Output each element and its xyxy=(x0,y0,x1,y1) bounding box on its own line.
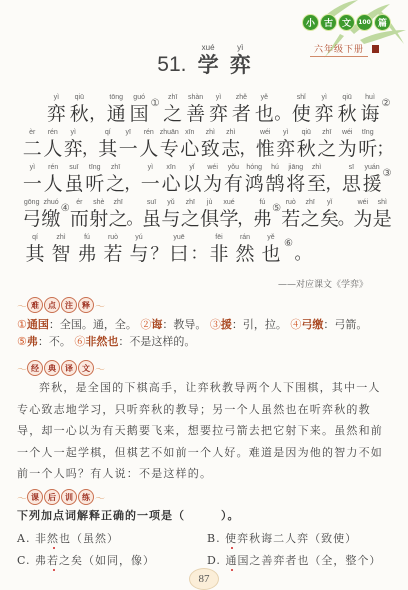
source-reference: ——对应课文《学弈》 xyxy=(278,277,368,290)
pinyin: yuē xyxy=(173,233,184,243)
hanzi: 与 xyxy=(129,243,148,265)
hanzi-with-pinyin: zhī之 xyxy=(108,198,127,230)
hanzi: 若 xyxy=(103,243,122,265)
hanzi-with-pinyin: qiū秋 xyxy=(68,93,91,125)
hanzi-with-pinyin: yǔ与 xyxy=(161,198,180,230)
hanzi: 者 xyxy=(232,103,251,125)
pinyin: zhī xyxy=(322,128,331,138)
header-char: 译 xyxy=(61,360,77,376)
hanzi-with-pinyin: zhī之 xyxy=(161,93,184,125)
hanzi: 使 xyxy=(292,103,311,125)
punctuation: ， xyxy=(91,93,105,125)
hanzi: 然 xyxy=(235,243,254,265)
hanzi: 矣 xyxy=(320,208,339,230)
hanzi-with-pinyin: yuán援 xyxy=(362,163,383,195)
pinyin: yǐ xyxy=(189,163,194,173)
hanzi-with-pinyin: yǐ矣 xyxy=(320,198,339,230)
hanzi-with-pinyin: yě也 xyxy=(253,93,276,125)
hanzi: 以 xyxy=(182,173,201,195)
hanzi-with-pinyin: shè射 xyxy=(89,198,108,230)
hanzi: 听 xyxy=(358,138,377,160)
classical-text: yì弈qiū秋，tōng通guó国①zhī之shàn善yì弈zhě者yě也。sh… xyxy=(22,90,392,265)
punctuation: 。 xyxy=(128,198,142,230)
pinyin: ér xyxy=(76,198,82,208)
hanzi-with-pinyin: suī虽 xyxy=(142,198,161,230)
note-item: ③援：引，拉。 xyxy=(210,318,287,331)
hanzi: 国 xyxy=(130,103,149,125)
pinyin: zhī xyxy=(186,198,195,208)
hanzi: 弈 xyxy=(64,138,83,160)
hanzi-with-pinyin: hóng鸿 xyxy=(244,163,265,195)
hanzi: 之 xyxy=(181,208,200,230)
pinyin: rén xyxy=(48,128,58,138)
page-number: 87 xyxy=(189,568,219,590)
hanzi-with-pinyin: zhī之 xyxy=(181,198,200,230)
exercise-question: 下列加点词解释正确的一项是（ ）。 xyxy=(17,507,240,523)
series-badge: 古 xyxy=(320,14,337,31)
text-line: yì弈qiū秋，tōng通guó国①zhī之shàn善yì弈zhě者yě也。sh… xyxy=(22,90,392,125)
hanzi: 弓 xyxy=(22,208,41,230)
hanzi-with-pinyin: yuē曰 xyxy=(166,233,192,265)
hanzi: 致 xyxy=(201,138,220,160)
pinyin: guó xyxy=(133,93,145,103)
text-line: qí其zhì智fú弗ruò若yú与？yuē曰：fēi非rán然yě也⑥。 xyxy=(22,230,392,265)
header-char: 难 xyxy=(27,297,43,313)
pinyin: zhī xyxy=(305,198,314,208)
hanzi: 之 xyxy=(106,173,125,195)
hanzi: 也 xyxy=(261,243,280,265)
series-badge: 100 xyxy=(356,14,373,31)
hanzi-with-pinyin: shàn善 xyxy=(184,93,207,125)
series-badge: 小 xyxy=(302,14,319,31)
pinyin: qiū xyxy=(75,93,84,103)
punctuation: 。 xyxy=(276,93,290,125)
hanzi-with-pinyin: yì弈 xyxy=(313,93,336,125)
option-d[interactable]: D. 通国之善弈者也（全，整个） xyxy=(207,552,397,568)
hanzi-with-pinyin: yì一 xyxy=(22,163,43,195)
punctuation: ， xyxy=(239,198,253,230)
pinyin: qiū xyxy=(342,93,351,103)
pinyin: hú xyxy=(271,163,279,173)
pinyin: zhì xyxy=(56,233,65,243)
pinyin: hóng xyxy=(246,163,262,173)
hanzi: 若 xyxy=(281,208,300,230)
hanzi: 虽 xyxy=(64,173,83,195)
hanzi-with-pinyin: yì弈 xyxy=(207,93,230,125)
pinyin: tīng xyxy=(89,163,101,173)
pinyin: sī xyxy=(349,163,354,173)
hanzi: 之 xyxy=(317,138,336,160)
punctuation: 。 xyxy=(296,233,310,265)
hanzi: 心 xyxy=(180,138,199,160)
hanzi: 思 xyxy=(342,173,361,195)
hanzi-with-pinyin: ruò若 xyxy=(100,233,126,265)
pinyin: wéi xyxy=(260,128,271,138)
note-item: ④弓缴：弓箭。 xyxy=(290,318,367,331)
pinyin: yǔ xyxy=(167,198,174,208)
hanzi: 一 xyxy=(23,173,42,195)
pinyin: yǐ xyxy=(327,198,332,208)
hanzi-with-pinyin: qí其 xyxy=(22,233,48,265)
notes-row: ⑤弗：不。 ⑥非然也：不是这样的。 xyxy=(17,333,397,350)
hanzi: 心 xyxy=(162,173,181,195)
pinyin: tōng xyxy=(109,93,123,103)
exercise-options: A. 非然也（虽然） B. 使弈秋诲二人弈（致使） C. 弗若之矣（如同，像） … xyxy=(17,527,397,571)
hanzi: 与 xyxy=(161,208,180,230)
wave-ornament-icon: 〜 xyxy=(95,298,105,313)
hanzi: 之 xyxy=(163,103,182,125)
pinyin: yú xyxy=(135,233,142,243)
hanzi: 智 xyxy=(51,243,70,265)
hanzi: 非 xyxy=(209,243,228,265)
footnote-marker: ⑤ xyxy=(272,203,281,214)
pinyin: yǒu xyxy=(228,163,239,173)
wave-ornament-icon: 〜 xyxy=(95,361,105,376)
hanzi-with-pinyin: zhì志 xyxy=(221,128,242,160)
text-line: èr二rén人yì弈，qí其yī一rén人zhuān专xīn心zhì致zhì志，… xyxy=(22,125,392,160)
footnote-marker: ① xyxy=(151,98,162,109)
pinyin: zhī xyxy=(113,198,122,208)
punctuation: ， xyxy=(84,128,98,160)
header-char: 练 xyxy=(78,489,94,505)
hanzi-with-pinyin: wéi为 xyxy=(337,128,358,160)
hanzi: 秋 xyxy=(338,103,357,125)
pinyin: xīn xyxy=(185,128,194,138)
hanzi-with-pinyin: zhī之 xyxy=(105,163,126,195)
pinyin: zhī xyxy=(168,93,177,103)
pinyin: zhì xyxy=(206,128,215,138)
option-b[interactable]: B. 使弈秋诲二人弈（致使） xyxy=(207,530,397,546)
note-item: ①通国：全国。通，全。 xyxy=(17,318,137,331)
hanzi-with-pinyin: ér而 xyxy=(70,198,89,230)
pinyin: rán xyxy=(240,233,250,243)
pinyin: yì xyxy=(30,163,35,173)
hanzi-with-pinyin: rén人 xyxy=(43,128,64,160)
hanzi-with-pinyin: qiū秋 xyxy=(336,93,359,125)
hanzi: 秋 xyxy=(70,103,89,125)
hanzi-with-pinyin: tīng听 xyxy=(84,163,105,195)
note-item: ⑥非然也：不是这样的。 xyxy=(74,335,195,348)
hanzi-with-pinyin: rén人 xyxy=(139,128,160,160)
hanzi-with-pinyin: yě也 xyxy=(258,233,284,265)
pinyin: yì xyxy=(148,163,153,173)
punctuation: ： xyxy=(192,233,206,265)
hanzi: 缴 xyxy=(42,208,61,230)
wave-ornament-icon: 〜 xyxy=(95,490,105,505)
pinyin: zhì xyxy=(226,128,235,138)
pinyin: shàn xyxy=(188,93,203,103)
pinyin: qí xyxy=(105,128,111,138)
pinyin: shì xyxy=(378,198,387,208)
punctuation: 。 xyxy=(339,198,353,230)
header-char: 点 xyxy=(44,297,60,313)
wave-ornament-icon: 〜 xyxy=(17,361,27,376)
hanzi-with-pinyin: zhì智 xyxy=(48,233,74,265)
wave-ornament-icon: 〜 xyxy=(17,490,27,505)
hanzi: 射 xyxy=(89,208,108,230)
pinyin: yì xyxy=(216,93,221,103)
pinyin: qí xyxy=(32,233,38,243)
hanzi-with-pinyin: suī虽 xyxy=(64,163,85,195)
punctuation: ， xyxy=(241,128,255,160)
pinyin: suī xyxy=(69,163,78,173)
pinyin: yī xyxy=(126,128,131,138)
hanzi: 之 xyxy=(109,208,128,230)
hanzi: 学 xyxy=(220,208,239,230)
pinyin: yì xyxy=(54,93,59,103)
hanzi-with-pinyin: zhuó缴 xyxy=(41,198,60,230)
hanzi-with-pinyin: yú与 xyxy=(126,233,152,265)
hanzi-with-pinyin: ruò若 xyxy=(281,198,300,230)
hanzi-with-pinyin: yì弈 xyxy=(45,93,68,125)
hanzi: 至 xyxy=(307,173,326,195)
hanzi: 而 xyxy=(70,208,89,230)
hanzi: 其 xyxy=(98,138,117,160)
hanzi-with-pinyin: tīng听 xyxy=(358,128,379,160)
header-char: 典 xyxy=(44,360,60,376)
translation-section-header: 〜 经 典 译 文 〜 xyxy=(17,360,105,376)
wave-ornament-icon: 〜 xyxy=(17,298,27,313)
hanzi-with-pinyin: jiāng将 xyxy=(285,163,306,195)
hanzi: 志 xyxy=(221,138,240,160)
hanzi: 也 xyxy=(255,103,274,125)
hanzi: 曰 xyxy=(169,243,188,265)
pinyin: zhě xyxy=(236,93,247,103)
series-title-badges: 小 古 文 100 篇 xyxy=(302,14,391,31)
hanzi: 是 xyxy=(373,208,392,230)
hanzi-with-pinyin: tōng通 xyxy=(105,93,128,125)
hanzi-with-pinyin: zhì致 xyxy=(200,128,221,160)
header-char: 课 xyxy=(27,489,43,505)
title-char: yì 弈 xyxy=(230,43,251,77)
hanzi: 其 xyxy=(25,243,44,265)
pinyin: jiāng xyxy=(288,163,303,173)
hanzi-with-pinyin: yī一 xyxy=(118,128,139,160)
hanzi: 之 xyxy=(301,208,320,230)
exercise-section-header: 〜 课 后 训 练 〜 xyxy=(17,489,105,505)
hanzi: 俱 xyxy=(200,208,219,230)
hanzi-with-pinyin: yì弈 xyxy=(63,128,84,160)
footnote-marker: ④ xyxy=(61,203,70,214)
hanzi: 弗 xyxy=(77,243,96,265)
pinyin: yì xyxy=(71,128,76,138)
hanzi-with-pinyin: wéi惟 xyxy=(255,128,276,160)
hanzi: 为 xyxy=(338,138,357,160)
note-item: ②诲：教导。 xyxy=(140,318,206,331)
hanzi-with-pinyin: fēi非 xyxy=(206,233,232,265)
hanzi: 弈 xyxy=(315,103,334,125)
footnote-marker: ③ xyxy=(383,168,393,179)
hanzi: 二 xyxy=(23,138,42,160)
series-badge: 篇 xyxy=(374,14,391,31)
text-line: yì一rén人suī虽tīng听zhī之，yì一xīn心yǐ以wéi为yǒu有h… xyxy=(22,160,392,195)
hanzi: 一 xyxy=(119,138,138,160)
pinyin: rén xyxy=(144,128,154,138)
pinyin: yě xyxy=(267,233,274,243)
hanzi-with-pinyin: yì一 xyxy=(140,163,161,195)
lesson-title: 51. xué 学 yì 弈 xyxy=(0,43,408,77)
lesson-number: 51. xyxy=(157,53,186,76)
note-item: ⑤弗：不。 xyxy=(17,335,71,348)
hanzi-with-pinyin: xīn心 xyxy=(180,128,201,160)
hanzi: 一 xyxy=(141,173,160,195)
hanzi: 诲 xyxy=(361,103,380,125)
pinyin: zhì xyxy=(312,163,321,173)
pinyin: gōng xyxy=(24,198,40,208)
hanzi: 为 xyxy=(203,173,222,195)
hanzi: 听 xyxy=(85,173,104,195)
hanzi: 弗 xyxy=(253,208,272,230)
pinyin: ruò xyxy=(108,233,118,243)
hanzi: 有 xyxy=(224,173,243,195)
notes-list: ①通国：全国。通，全。 ②诲：教导。 ③援：引，拉。 ④弓缴：弓箭。 ⑤弗：不。… xyxy=(17,316,397,350)
hanzi-with-pinyin: sī思 xyxy=(341,163,362,195)
pinyin: fú xyxy=(259,198,265,208)
hanzi-with-pinyin: shǐ使 xyxy=(290,93,313,125)
hanzi-with-pinyin: qiū秋 xyxy=(296,128,317,160)
hanzi-with-pinyin: zhì至 xyxy=(306,163,327,195)
pinyin: yě xyxy=(261,93,268,103)
title-hanzi: 学 xyxy=(198,53,219,77)
pinyin: qiū xyxy=(302,128,311,138)
hanzi-with-pinyin: zhuān专 xyxy=(159,128,180,160)
header-char: 训 xyxy=(61,489,77,505)
hanzi-with-pinyin: fú弗 xyxy=(74,233,100,265)
option-a[interactable]: A. 非然也（虽然） xyxy=(17,530,207,546)
punctuation: ， xyxy=(126,163,140,195)
hanzi: 虽 xyxy=(142,208,161,230)
hanzi-with-pinyin: yǒu有 xyxy=(223,163,244,195)
notes-section-header: 〜 难 点 注 释 〜 xyxy=(17,297,105,313)
hanzi: 善 xyxy=(186,103,205,125)
hanzi-with-pinyin: shì是 xyxy=(373,198,392,230)
hanzi-with-pinyin: fú弗 xyxy=(253,198,272,230)
hanzi-with-pinyin: zhě者 xyxy=(230,93,253,125)
option-c[interactable]: C. 弗若之矣（如同，像） xyxy=(17,552,207,568)
pinyin: shǐ xyxy=(297,93,306,103)
pinyin: rén xyxy=(48,163,58,173)
hanzi: 惟 xyxy=(256,138,275,160)
text-line: gōng弓zhuó缴④ér而shè射zhī之。suī虽yǔ与zhī之jù俱xué… xyxy=(22,195,392,230)
hanzi: 援 xyxy=(363,173,382,195)
pinyin: yuán xyxy=(365,163,380,173)
hanzi: 将 xyxy=(286,173,305,195)
hanzi-with-pinyin: yì弈 xyxy=(276,128,297,160)
hanzi-with-pinyin: jù俱 xyxy=(200,198,219,230)
pinyin: yì xyxy=(321,93,326,103)
hanzi: 弈 xyxy=(276,138,295,160)
pinyin: wéi xyxy=(342,128,353,138)
punctuation: ； xyxy=(378,128,392,160)
hanzi: 为 xyxy=(353,208,372,230)
hanzi-with-pinyin: xué学 xyxy=(219,198,238,230)
hanzi: 弈 xyxy=(209,103,228,125)
header-char: 注 xyxy=(61,297,77,313)
hanzi: 鸿 xyxy=(245,173,264,195)
hanzi: 专 xyxy=(160,138,179,160)
hanzi-with-pinyin: wéi为 xyxy=(353,198,372,230)
series-badge: 文 xyxy=(338,14,355,31)
pinyin: fú xyxy=(84,233,90,243)
hanzi-with-pinyin: guó国 xyxy=(128,93,151,125)
pinyin: zhuó xyxy=(43,198,58,208)
header-char: 经 xyxy=(27,360,43,376)
hanzi: 通 xyxy=(107,103,126,125)
pinyin: zhuān xyxy=(160,128,179,138)
pinyin: jù xyxy=(207,198,212,208)
hanzi-with-pinyin: yǐ以 xyxy=(181,163,202,195)
header-char: 释 xyxy=(78,297,94,313)
punctuation: ， xyxy=(327,163,341,195)
pinyin: tīng xyxy=(362,128,374,138)
hanzi-with-pinyin: huì诲 xyxy=(359,93,382,125)
hanzi-with-pinyin: zhī之 xyxy=(317,128,338,160)
hanzi: 鹄 xyxy=(265,173,284,195)
pinyin: wéi xyxy=(207,163,218,173)
hanzi: 人 xyxy=(43,138,62,160)
hanzi-with-pinyin: rén人 xyxy=(43,163,64,195)
pinyin: xué xyxy=(223,198,234,208)
header-char: 文 xyxy=(78,360,94,376)
pinyin: èr xyxy=(29,128,35,138)
hanzi-with-pinyin: èr二 xyxy=(22,128,43,160)
hanzi-with-pinyin: qí其 xyxy=(98,128,119,160)
footnote-marker: ② xyxy=(381,98,392,109)
pinyin: suī xyxy=(147,198,156,208)
title-hanzi: 弈 xyxy=(230,53,251,77)
translation-text: 弈秋，是全国的下棋高手，让弈秋教导两个人下围棋，其中一人专心致志地学习，只听弈秋… xyxy=(17,377,389,485)
pinyin: yì xyxy=(283,128,288,138)
pinyin: ruò xyxy=(286,198,296,208)
notes-row: ①通国：全国。通，全。 ②诲：教导。 ③援：引，拉。 ④弓缴：弓箭。 xyxy=(17,316,397,333)
hanzi-with-pinyin: gōng弓 xyxy=(22,198,41,230)
hanzi: 弈 xyxy=(47,103,66,125)
punctuation: ？ xyxy=(152,233,166,265)
hanzi-with-pinyin: rán然 xyxy=(232,233,258,265)
hanzi: 人 xyxy=(44,173,63,195)
hanzi-with-pinyin: zhī之 xyxy=(300,198,319,230)
title-char: xué 学 xyxy=(198,43,219,77)
pinyin: shè xyxy=(93,198,104,208)
hanzi: 人 xyxy=(139,138,158,160)
hanzi-with-pinyin: hú鹄 xyxy=(265,163,286,195)
hanzi: 秋 xyxy=(297,138,316,160)
header-char: 后 xyxy=(44,489,60,505)
hanzi-with-pinyin: xīn心 xyxy=(161,163,182,195)
pinyin: xīn xyxy=(166,163,175,173)
pinyin: zhī xyxy=(111,163,120,173)
pinyin: wéi xyxy=(358,198,369,208)
pinyin: fēi xyxy=(215,233,222,243)
pinyin: huì xyxy=(365,93,375,103)
hanzi-with-pinyin: wéi为 xyxy=(202,163,223,195)
